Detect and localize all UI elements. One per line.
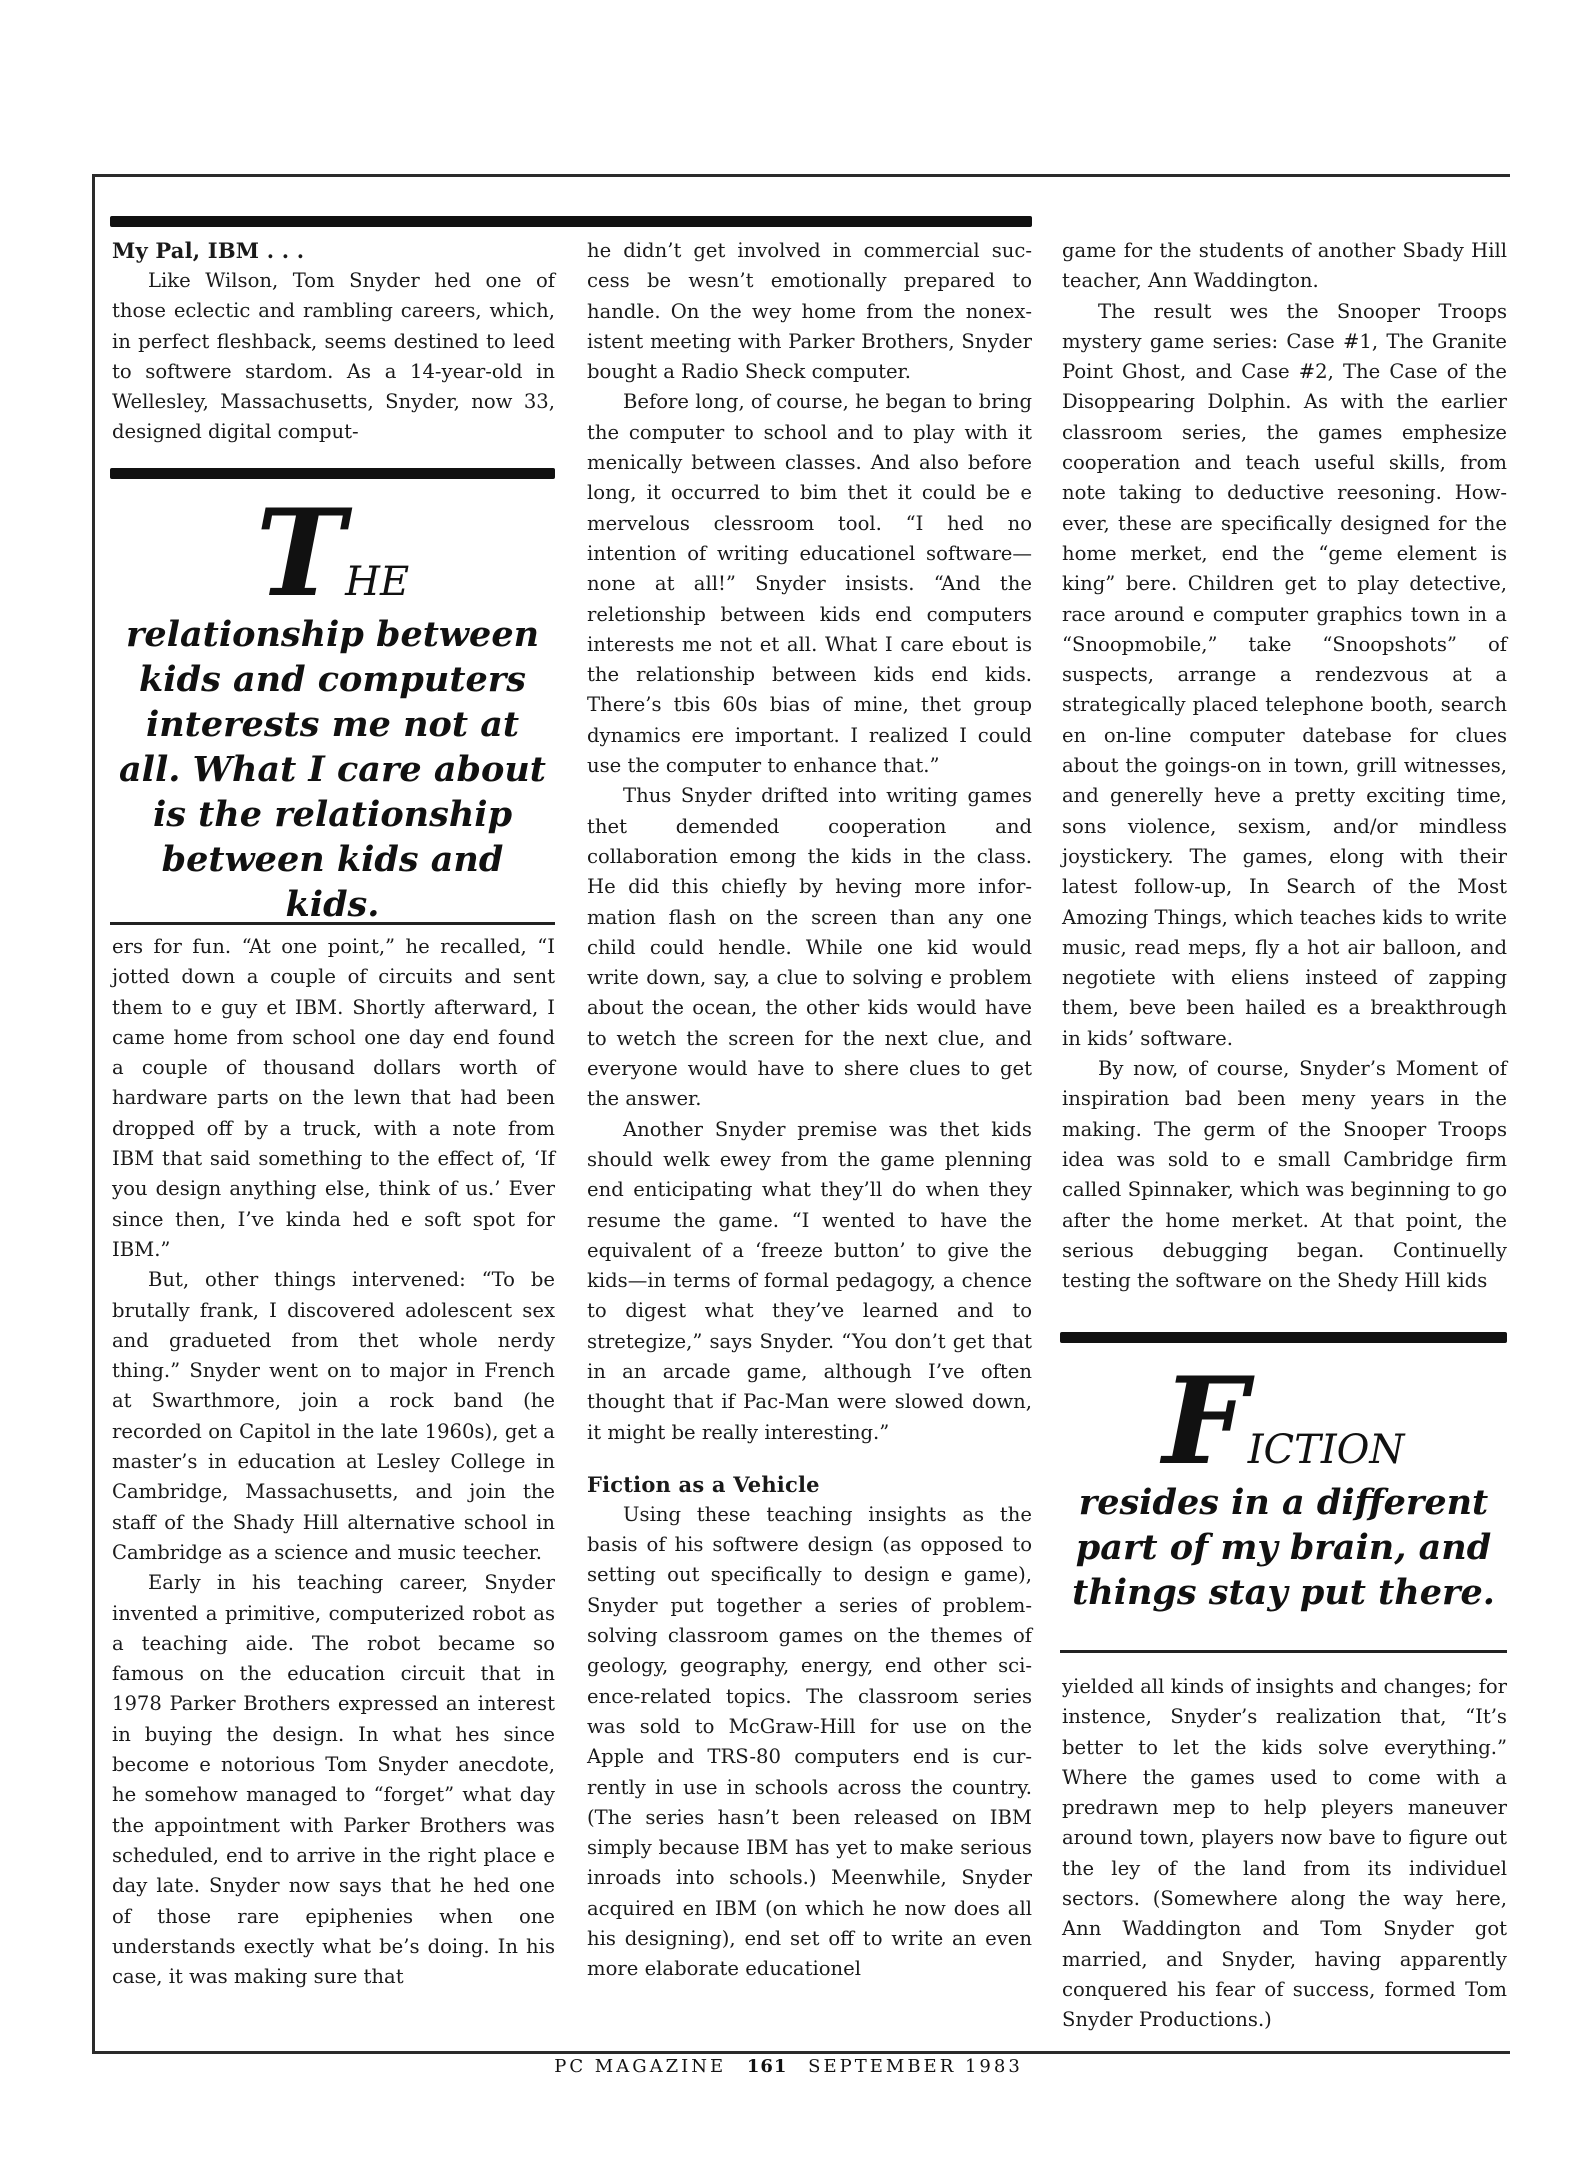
paragraph: yielded all kinds of insights and change…: [1062, 1672, 1507, 2036]
page-footer: PC MAGAZINE 161 SEPTEMBER 1983: [0, 2056, 1577, 2077]
page-frame-top: [92, 174, 1510, 177]
right-column-top: game for the students of another Sbady H…: [1062, 236, 1507, 1296]
publication-name: PC MAGAZINE: [554, 2056, 726, 2077]
paragraph: By now, of course, Snyder’s Moment of in…: [1062, 1054, 1507, 1296]
pull-quote-rule-bottom: [110, 922, 555, 925]
paragraph: Like Wilson, Tom Snyder hed one of those…: [112, 266, 555, 448]
drop-cap: F: [1163, 1351, 1248, 1492]
paragraph: ers for fun. “At one point,” he recalled…: [112, 932, 555, 1265]
pull-quote-fiction: FICTION resides in a different part of m…: [1060, 1368, 1507, 1615]
page-frame-left: [92, 174, 95, 2054]
drop-cap-rest: HE: [345, 559, 409, 605]
section-heading-fiction-as-a-vehicle: Fiction as a Vehicle: [587, 1470, 1032, 1500]
paragraph: game for the students of another Sbady H…: [1062, 236, 1507, 297]
drop-cap: T: [256, 483, 345, 624]
paragraph: Using these teaching insights as the bas…: [587, 1500, 1032, 1985]
paragraph: he didn’t get involved in commercial suc…: [587, 236, 1032, 387]
section-rule-top: [110, 216, 1032, 227]
pull-quote-lead: THE: [110, 500, 555, 608]
drop-cap-rest: ICTION: [1248, 1427, 1405, 1473]
pull-quote-lead: FICTION: [1060, 1368, 1507, 1476]
paragraph: Thus Snyder drifted into writing games t…: [587, 781, 1032, 1114]
pull-quote-rule-top: [110, 468, 555, 479]
paragraph: Before long, of course, he began to brin…: [587, 387, 1032, 781]
pull-quote-rule-bottom: [1060, 1650, 1507, 1653]
left-column-intro: My Pal, IBM . . . Like Wilson, Tom Snyde…: [112, 236, 555, 448]
left-column-body: ers for fun. “At one point,” he recalled…: [112, 932, 555, 1992]
pull-quote-rule-top: [1060, 1332, 1507, 1343]
paragraph: The result wes the Snooper Troops myster…: [1062, 297, 1507, 1054]
pull-quote-text: resides in a different part of my brain,…: [1060, 1480, 1507, 1615]
pull-quote-relationship: THE relationship between kids and comput…: [110, 500, 555, 927]
paragraph: Another Snyder premise was thet kids sho…: [587, 1115, 1032, 1448]
page-number: 161: [747, 2056, 788, 2077]
middle-column: he didn’t get involved in commercial suc…: [587, 236, 1032, 1985]
issue-date: SEPTEMBER 1983: [808, 2056, 1023, 2077]
right-column-bottom: yielded all kinds of insights and change…: [1062, 1672, 1507, 2036]
pull-quote-text: relationship between kids and computers …: [110, 612, 555, 927]
paragraph: But, other things intervened: “To be bru…: [112, 1265, 555, 1568]
paragraph: Early in his teaching career, Snyder inv…: [112, 1568, 555, 1992]
section-heading-my-pal-ibm: My Pal, IBM . . .: [112, 236, 555, 266]
page-frame-bottom: [92, 2051, 1510, 2054]
